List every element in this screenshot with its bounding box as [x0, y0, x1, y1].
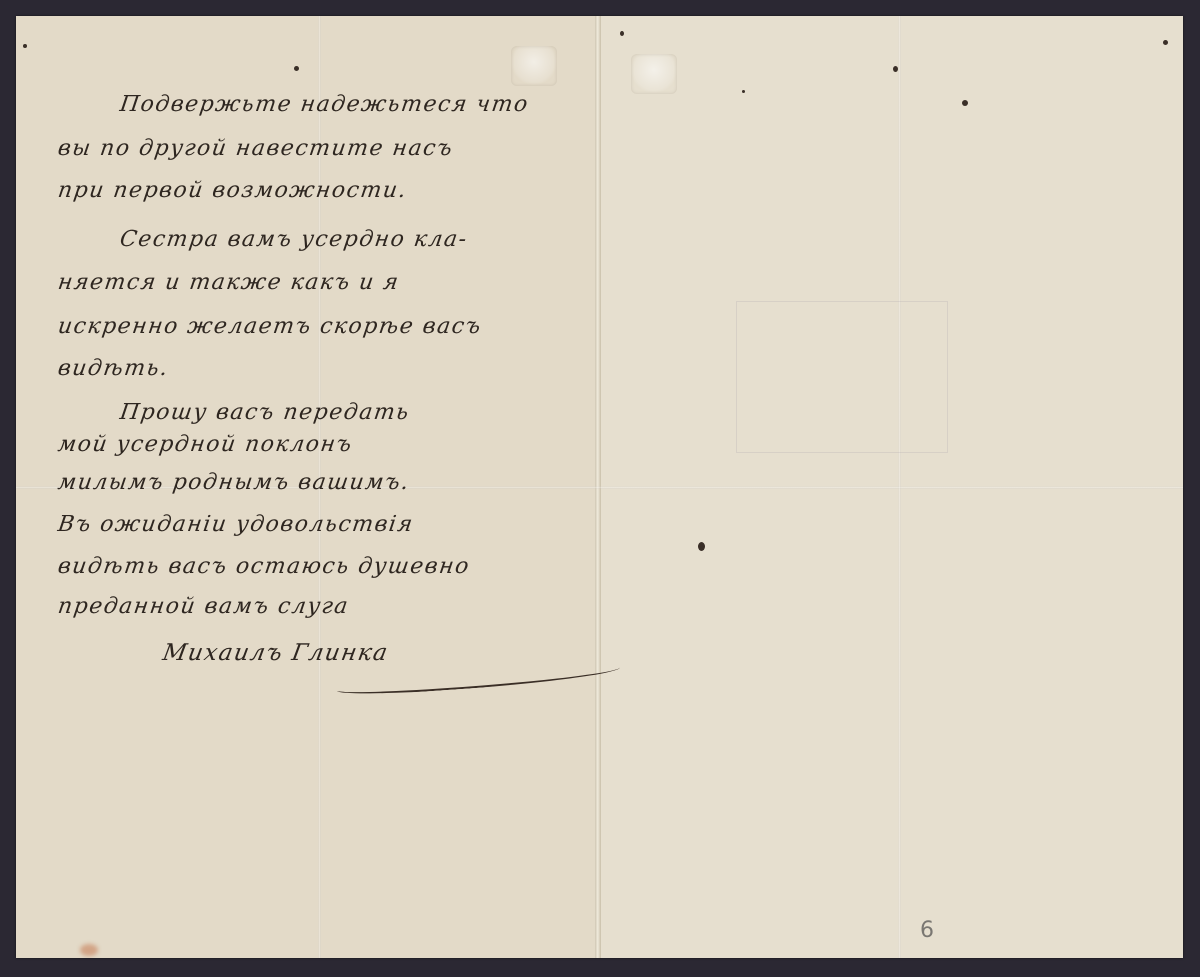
emboss-stamp-icon: [631, 54, 677, 94]
letter-line: милымъ роднымъ вашимъ.: [56, 470, 411, 495]
signature: Михаилъ Глинка: [161, 640, 391, 666]
ink-spot: [742, 90, 745, 93]
ink-spot: [23, 44, 27, 48]
letter-line: мой усердной поклонъ: [56, 432, 354, 457]
ink-spot: [294, 66, 299, 71]
letter-line: Подвержьте надежьтеся что: [56, 92, 530, 117]
letter-line: вы по другой навестите насъ: [56, 136, 455, 161]
letter-line: при первой возможности.: [56, 178, 409, 203]
ink-spot: [962, 100, 968, 106]
ink-spot: [698, 542, 705, 551]
ink-spot: [1163, 40, 1168, 45]
ink-spot: [620, 31, 624, 36]
letter-line: видѣть.: [56, 356, 170, 381]
document-sheet: Подвержьте надежьтеся что вы по другой н…: [16, 16, 1183, 958]
vertical-fold-line: [898, 16, 901, 958]
foxing-stain: [80, 944, 98, 956]
archive-page-number: 6: [920, 918, 934, 943]
ink-spot: [893, 66, 898, 72]
letter-line: няется и также какъ и я: [56, 270, 401, 295]
letter-line: искренно желаетъ скорѣе васъ: [56, 314, 483, 339]
letter-line: видѣть васъ остаюсь душевно: [56, 554, 471, 579]
ghost-show-through: [736, 301, 948, 453]
letter-line: Въ ожиданіи удовольствія: [56, 512, 415, 537]
letter-line: Прошу васъ передать: [56, 400, 411, 425]
letter-line: преданной вамъ слуга: [56, 594, 350, 619]
letter-line: Сестра вамъ усердно кла-: [56, 227, 469, 252]
emboss-stamp-icon: [511, 46, 557, 86]
